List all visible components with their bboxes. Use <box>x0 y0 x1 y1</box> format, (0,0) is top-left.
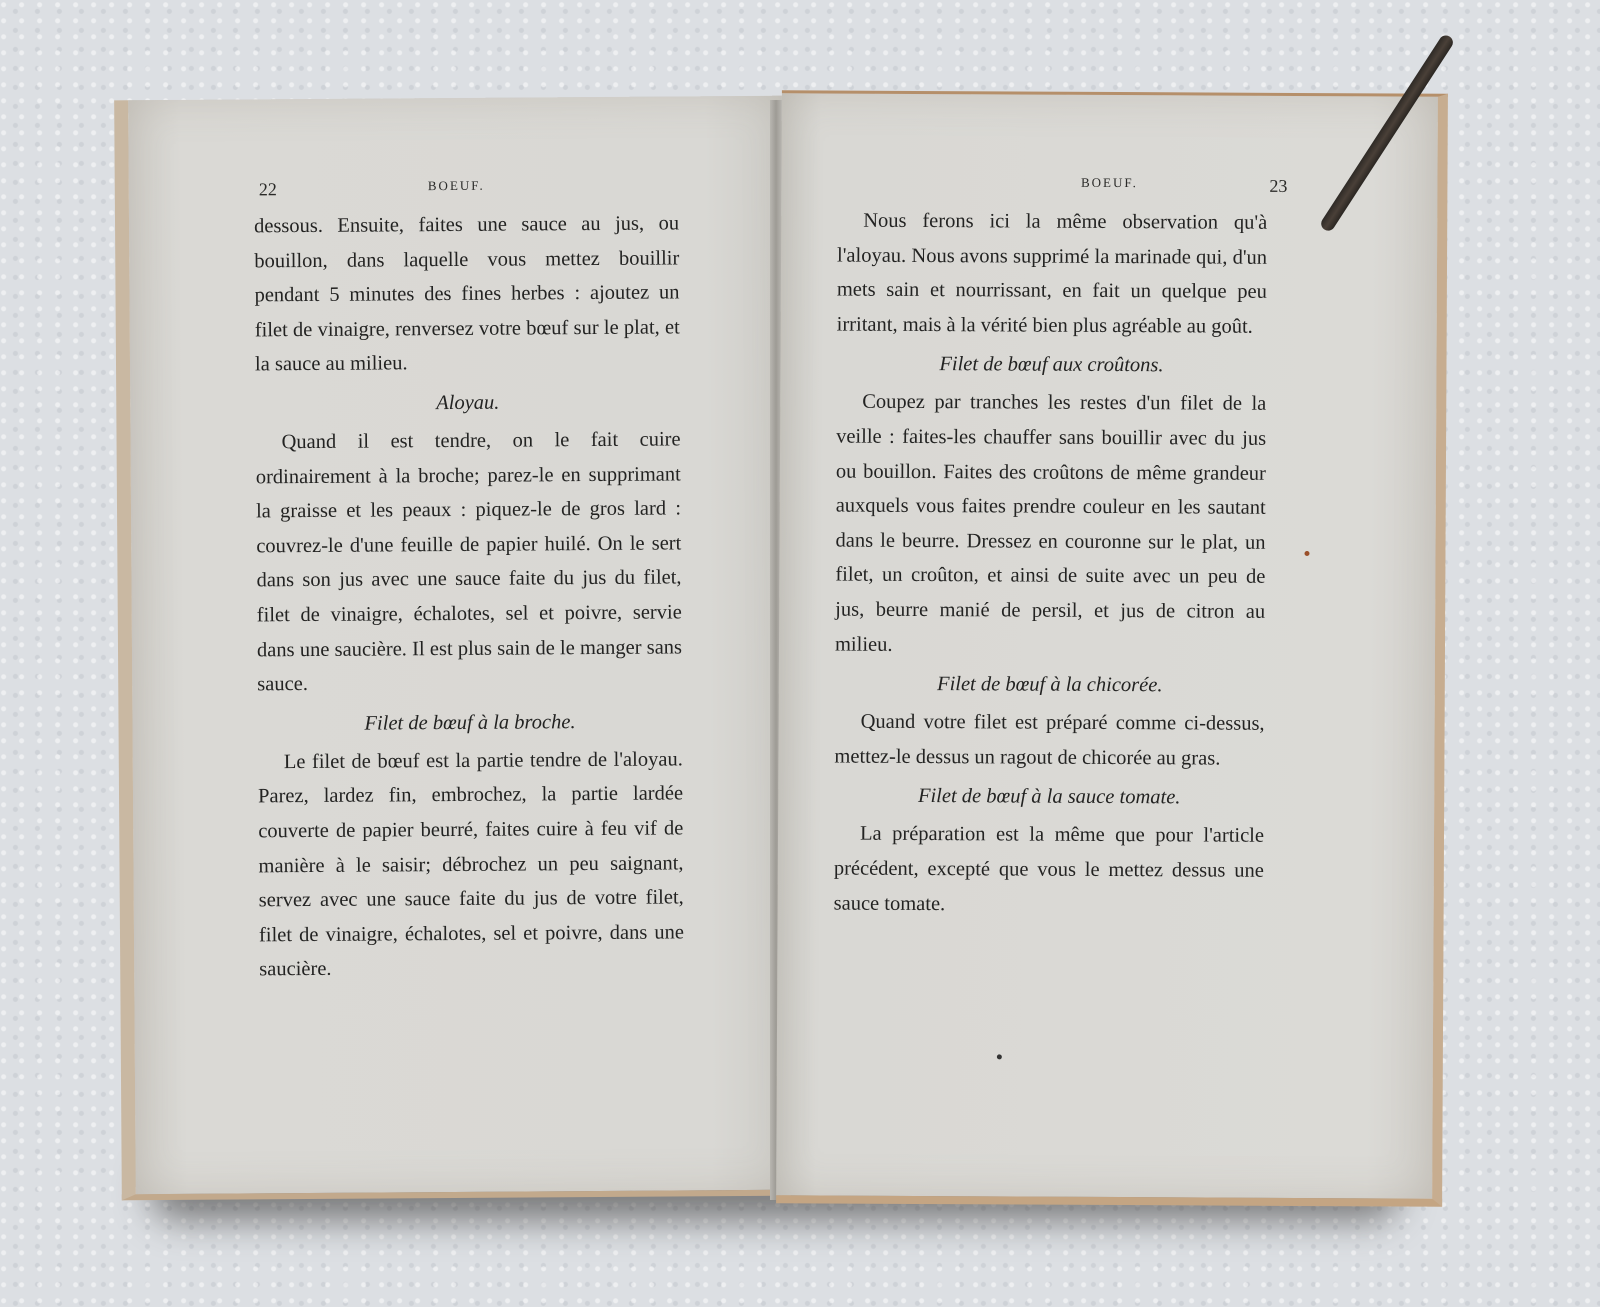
recipe-heading-filet-broche: Filet de bœuf à la broche. <box>257 704 682 741</box>
recipe-heading-chicoree: Filet de bœuf à la chicorée. <box>835 667 1265 703</box>
right-running-title: BOEUF. <box>781 173 1437 192</box>
recipe-heading-aloyau: Aloyau. <box>255 384 680 421</box>
foxing-spot <box>1304 551 1309 556</box>
paragraph: Nous ferons ici la même observation qu'à… <box>837 204 1268 345</box>
paragraph: La préparation est la même que pour l'ar… <box>834 817 1265 923</box>
left-running-title: BOEUF. <box>129 176 784 197</box>
paragraph: Le filet de bœuf est la partie tendre de… <box>258 742 685 987</box>
paragraph: Coupez par tranches les restes d'un file… <box>835 385 1266 664</box>
right-page: BOEUF. 23 Nous ferons ici la même observ… <box>776 90 1448 1206</box>
paragraph: Quand il est tendre, on le fait cuire or… <box>255 422 682 702</box>
right-page-number: 23 <box>1269 176 1287 197</box>
left-running-head: 22 BOEUF. <box>129 176 784 201</box>
paragraph: dessous. Ensuite, faites une sauce au ju… <box>254 206 680 382</box>
ink-dot <box>997 1054 1002 1059</box>
left-page-text: dessous. Ensuite, faites une sauce au ju… <box>254 206 684 987</box>
recipe-heading-sauce-tomate: Filet de bœuf à la sauce tomate. <box>834 779 1264 815</box>
recipe-heading-croutons: Filet de bœuf aux croûtons. <box>836 347 1266 383</box>
paragraph: Quand votre filet est préparé comme ci-d… <box>834 705 1264 776</box>
right-page-text: Nous ferons ici la même observation qu'à… <box>834 204 1268 923</box>
left-page: 22 BOEUF. dessous. Ensuite, faites une s… <box>114 96 791 1201</box>
